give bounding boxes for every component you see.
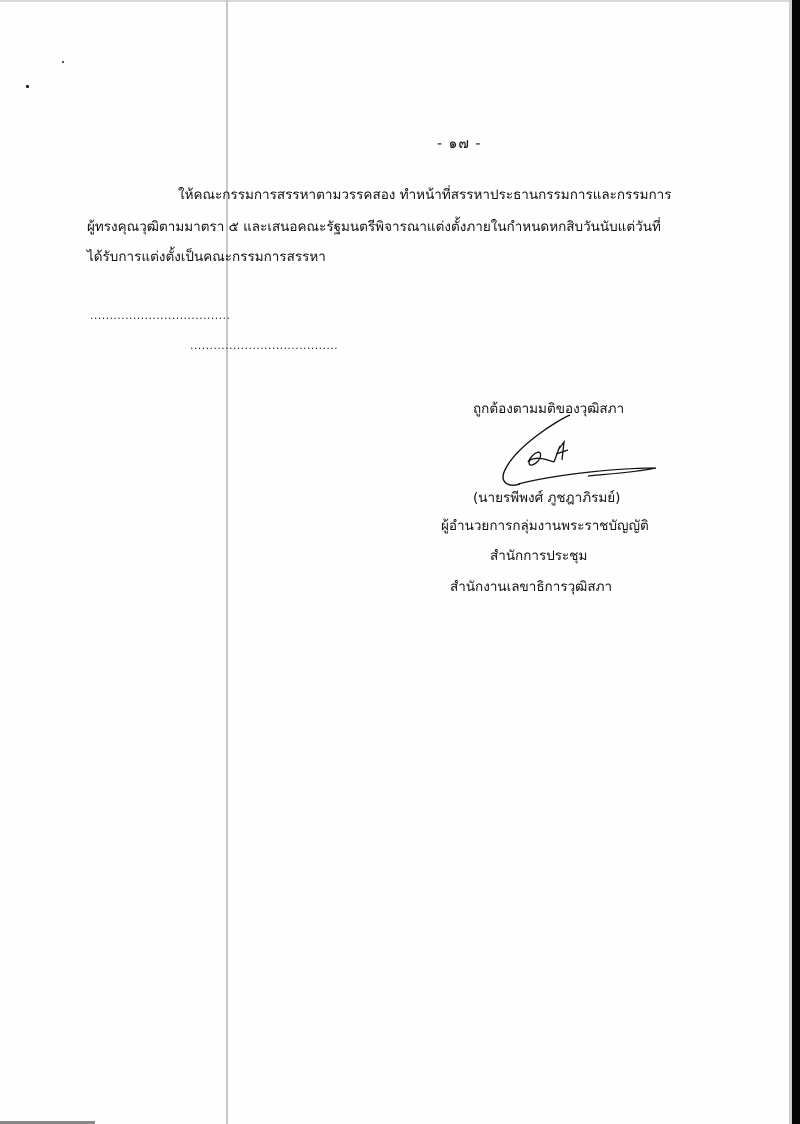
scan-speck	[62, 61, 64, 63]
scanned-page: - ๑๗ - ให้คณะกรรมการสรรหาตามวรรคสอง ทำหน…	[0, 0, 800, 1124]
scan-fold-line	[226, 0, 228, 1124]
scan-right-edge	[792, 0, 800, 1124]
page-number: - ๑๗ -	[437, 135, 481, 153]
signer-position-3: สำนักงานเลขาธิการวุฒิสภา	[450, 578, 612, 596]
body-text-line-1: ให้คณะกรรมการสรรหาตามวรรคสอง ทำหน้าที่สร…	[178, 186, 672, 204]
signer-name: (นายรพีพงศ์ ภูชฎาภิรมย์)	[473, 489, 620, 507]
signer-position-1: ผู้อำนวยการกลุ่มงานพระราชบัญญัติ	[441, 517, 649, 535]
body-text-line-2: ผู้ทรงคุณวุฒิตามมาตรา ๕ และเสนอคณะรัฐมนต…	[87, 218, 661, 236]
body-text-line-3: ได้รับการแต่งตั้งเป็นคณะกรรมการสรรหา	[87, 248, 326, 266]
scan-speck	[26, 85, 29, 88]
separator-dots-1: ....................................	[90, 309, 230, 322]
signature-icon	[488, 410, 668, 490]
scan-top-edge	[0, 0, 800, 2]
signer-position-2: สำนักการประชุม	[490, 547, 587, 565]
separator-dots-2: ......................................	[190, 339, 338, 352]
